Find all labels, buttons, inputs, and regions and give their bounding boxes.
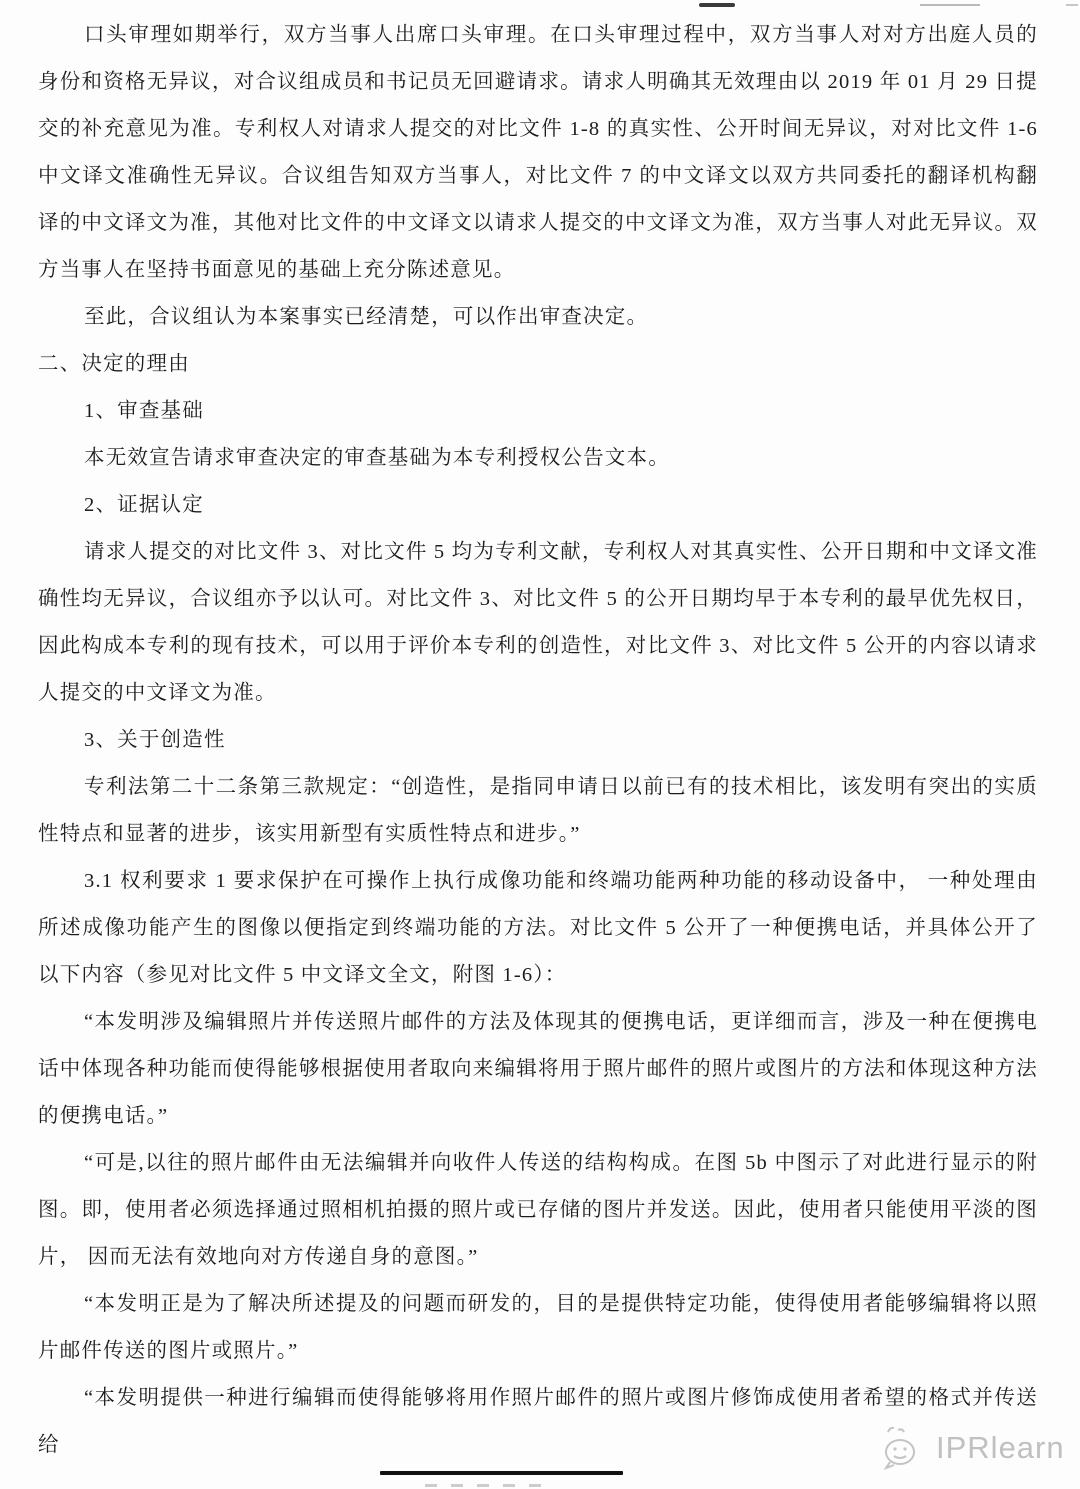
paragraph-oral-hearing: 口头审理如期举行，双方当事人出席口头审理。在口头审理过程中，双方当事人对对方出庭… [38, 12, 1038, 294]
cropped-prev-line-fragment [920, 4, 980, 6]
paragraph-evidence-determination: 请求人提交的对比文件 3、对比文件 5 均为专利文献，专利权人对其真实性、公开日… [38, 529, 1038, 717]
cropped-prev-line-fragment [699, 3, 735, 7]
subheading-inventiveness: 3、关于创造性 [38, 717, 1038, 764]
watermark-label: IPRlearn [936, 1430, 1065, 1466]
quote-invention-relates: “本发明涉及编辑照片并传送照片邮件的方法及体现其的便携电话，更详细而言，涉及一种… [38, 999, 1038, 1140]
quote-invention-purpose: “本发明正是为了解决所述提及的问题而研发的，目的是提供特定功能，使得使用者能够编… [38, 1281, 1038, 1375]
paragraph-claim1-analysis: 3.1 权利要求 1 要求保护在可操作上执行成像功能和终端功能两种功能的移动设备… [38, 858, 1038, 999]
section-heading-decision-reasons: 二、决定的理由 [38, 341, 1038, 388]
quote-prior-photo-mail: “可是,以往的照片邮件由无法编辑并向收件人传送的结构构成。在图 5b 中图示了对… [38, 1140, 1038, 1281]
decision-document-body: 口头审理如期举行，双方当事人出席口头审理。在口头审理过程中，双方当事人对对方出庭… [38, 12, 1038, 1469]
cropped-next-line-fragment [425, 1484, 585, 1489]
paragraph-examination-basis: 本无效宣告请求审查决定的审查基础为本专利授权公告文本。 [38, 435, 1038, 482]
paragraph-patent-law-article22: 专利法第二十二条第三款规定：“创造性，是指同申请日以前已有的技术相比，该发明有突… [38, 764, 1038, 858]
wechat-icon [880, 1426, 932, 1470]
subheading-examination-basis: 1、审查基础 [38, 388, 1038, 435]
document-page: 口头审理如期举行，双方当事人出席口头审理。在口头审理过程中，双方当事人对对方出庭… [0, 0, 1080, 1489]
iprlearn-watermark: IPRlearn [880, 1426, 1065, 1470]
cropped-prev-line-fragment [1066, 4, 1078, 6]
subheading-evidence-determination: 2、证据认定 [38, 482, 1038, 529]
section-divider-line [380, 1471, 623, 1475]
paragraph-facts-clear: 至此，合议组认为本案事实已经清楚，可以作出审查决定。 [38, 294, 1038, 341]
